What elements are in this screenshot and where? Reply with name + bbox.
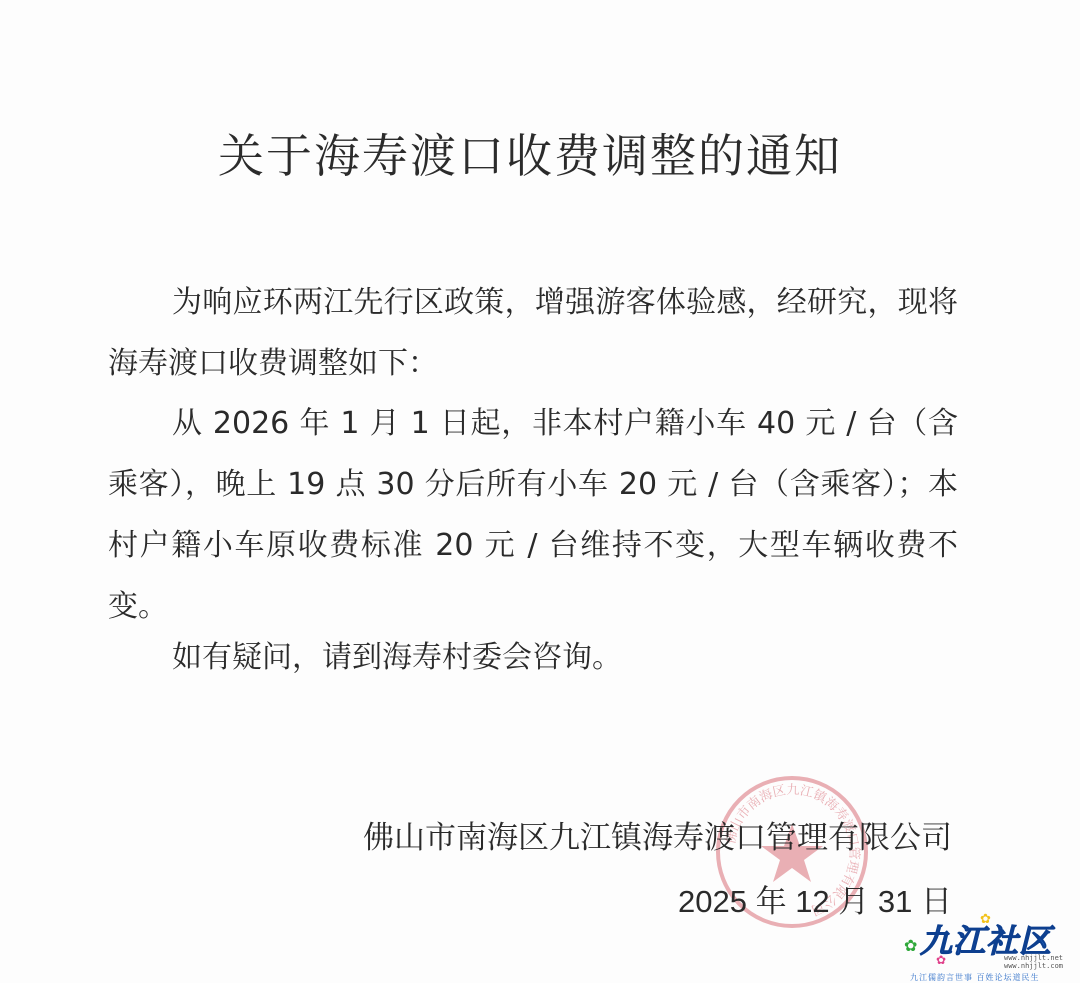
watermark-urls: www.nhjjlt.net www.nhjjlt.com: [1004, 954, 1063, 970]
watermark-url-net: www.nhjjlt.net: [1004, 954, 1063, 962]
page-title: 关于海寿渡口收费调整的通知: [0, 120, 1060, 186]
paragraph-fee-details: 从 2026 年 1 月 1 日起，非本村户籍小车 40 元 / 台（含乘客），…: [108, 393, 958, 637]
paragraph-intro-text: 为响应环两江先行区政策，增强游客体验感，经研究，现将海寿渡口收费调整如下：: [108, 272, 958, 394]
paragraph-fee-details-text: 从 2026 年 1 月 1 日起，非本村户籍小车 40 元 / 台（含乘客），…: [108, 393, 958, 637]
site-watermark-logo: ✿ ✿ ✿ 九江社区 www.nhjjlt.net www.nhjjlt.com…: [900, 912, 1070, 982]
watermark-slogan: 九江儒韵言世事 百姓论坛道民生: [910, 972, 1040, 983]
green-flower-icon: ✿: [904, 938, 917, 954]
document-page: 关于海寿渡口收费调整的通知 为响应环两江先行区政策，增强游客体验感，经研究，现将…: [0, 0, 1080, 983]
watermark-url-com: www.nhjjlt.com: [1004, 962, 1063, 970]
paragraph-contact-text: 如有疑问，请到海寿村委会咨询。: [108, 627, 958, 688]
paragraph-contact: 如有疑问，请到海寿村委会咨询。: [108, 627, 958, 688]
issuer-signature: 佛山市南海区九江镇海寿渡口管理有限公司: [363, 812, 952, 857]
paragraph-intro: 为响应环两江先行区政策，增强游客体验感，经研究，现将海寿渡口收费调整如下：: [108, 272, 958, 394]
